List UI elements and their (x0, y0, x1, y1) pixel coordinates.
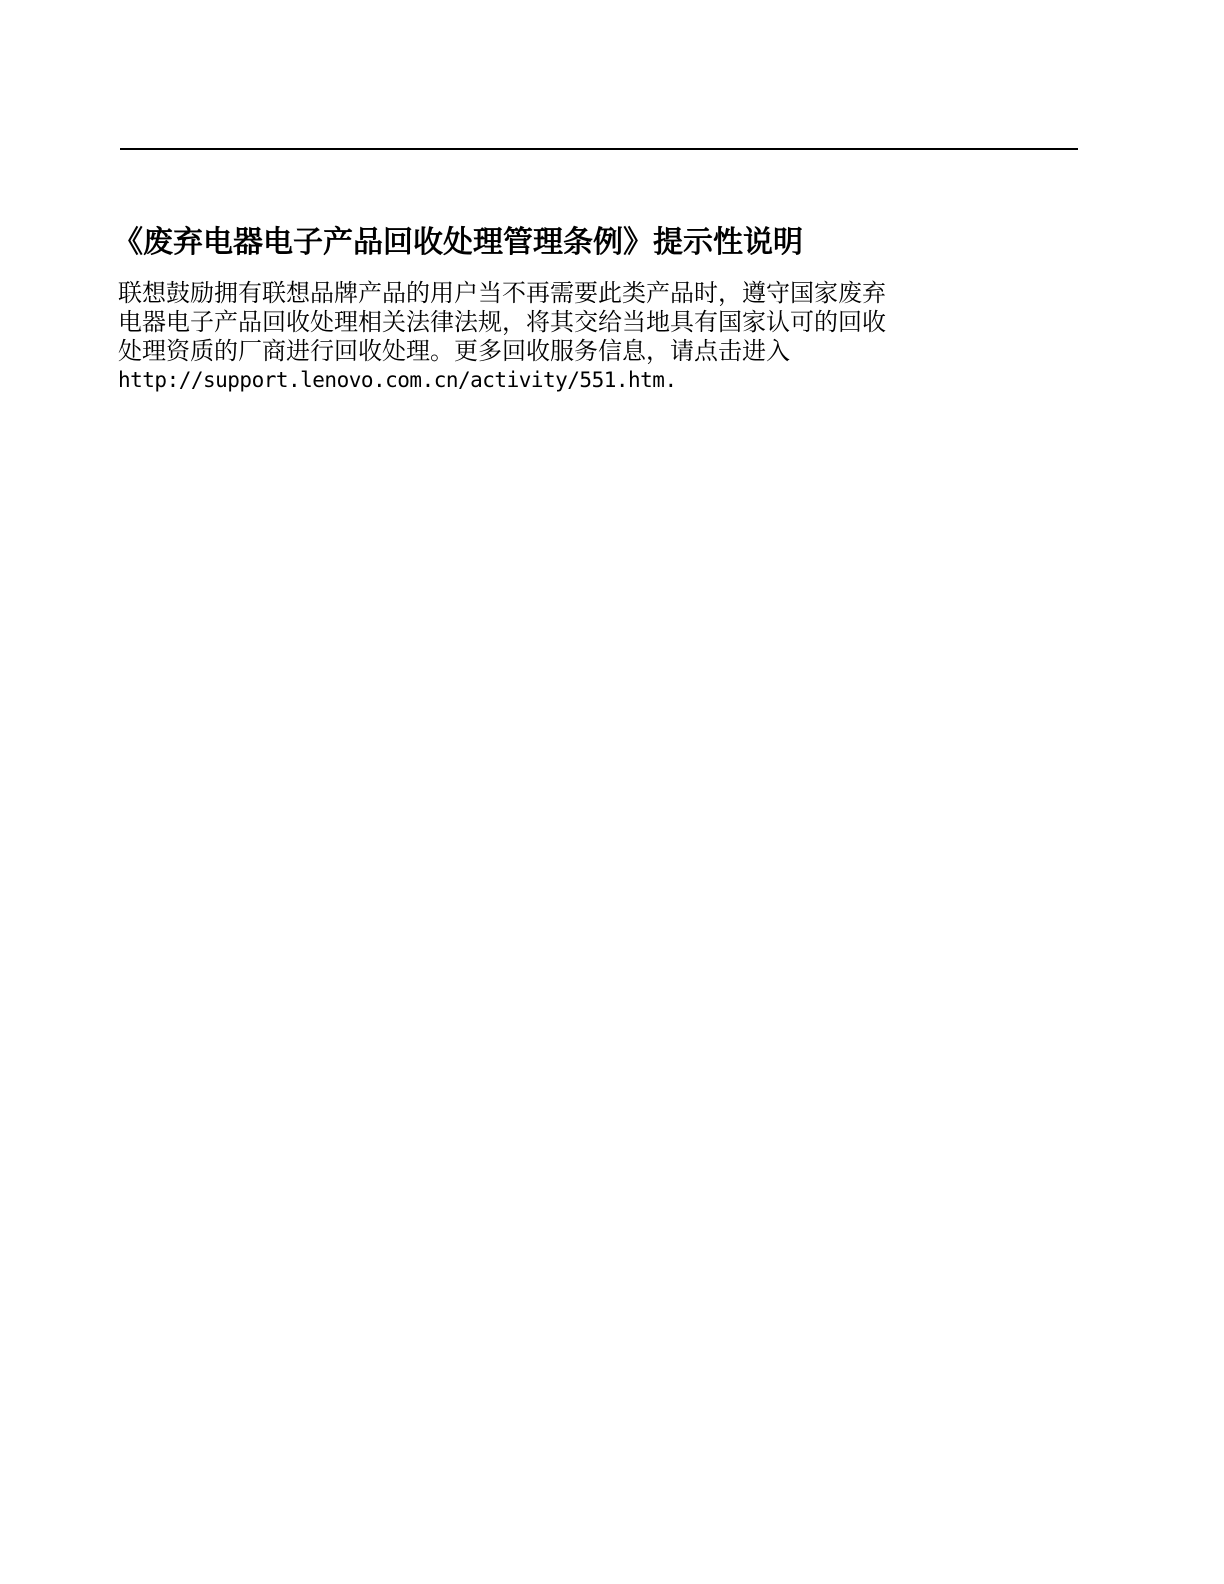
recycling-support-link[interactable]: http://support.lenovo.com.cn/activity/55… (118, 366, 918, 395)
paragraph-line: 电器电子产品回收处理相关法律法规，将其交给当地具有国家认可的回收 (118, 308, 918, 337)
document-page: 《废弃电器电子产品回收处理管理条例》提示性说明 联想鼓励拥有联想品牌产品的用户当… (0, 0, 1224, 1584)
header-rule (120, 148, 1078, 150)
body-paragraph: 联想鼓励拥有联想品牌产品的用户当不再需要此类产品时，遵守国家废弃 电器电子产品回… (118, 279, 918, 395)
section-heading: 《废弃电器电子产品回收处理管理条例》提示性说明 (113, 227, 803, 259)
paragraph-line: 处理资质的厂商进行回收处理。更多回收服务信息，请点击进入 (118, 337, 918, 366)
paragraph-line: 联想鼓励拥有联想品牌产品的用户当不再需要此类产品时，遵守国家废弃 (118, 279, 918, 308)
